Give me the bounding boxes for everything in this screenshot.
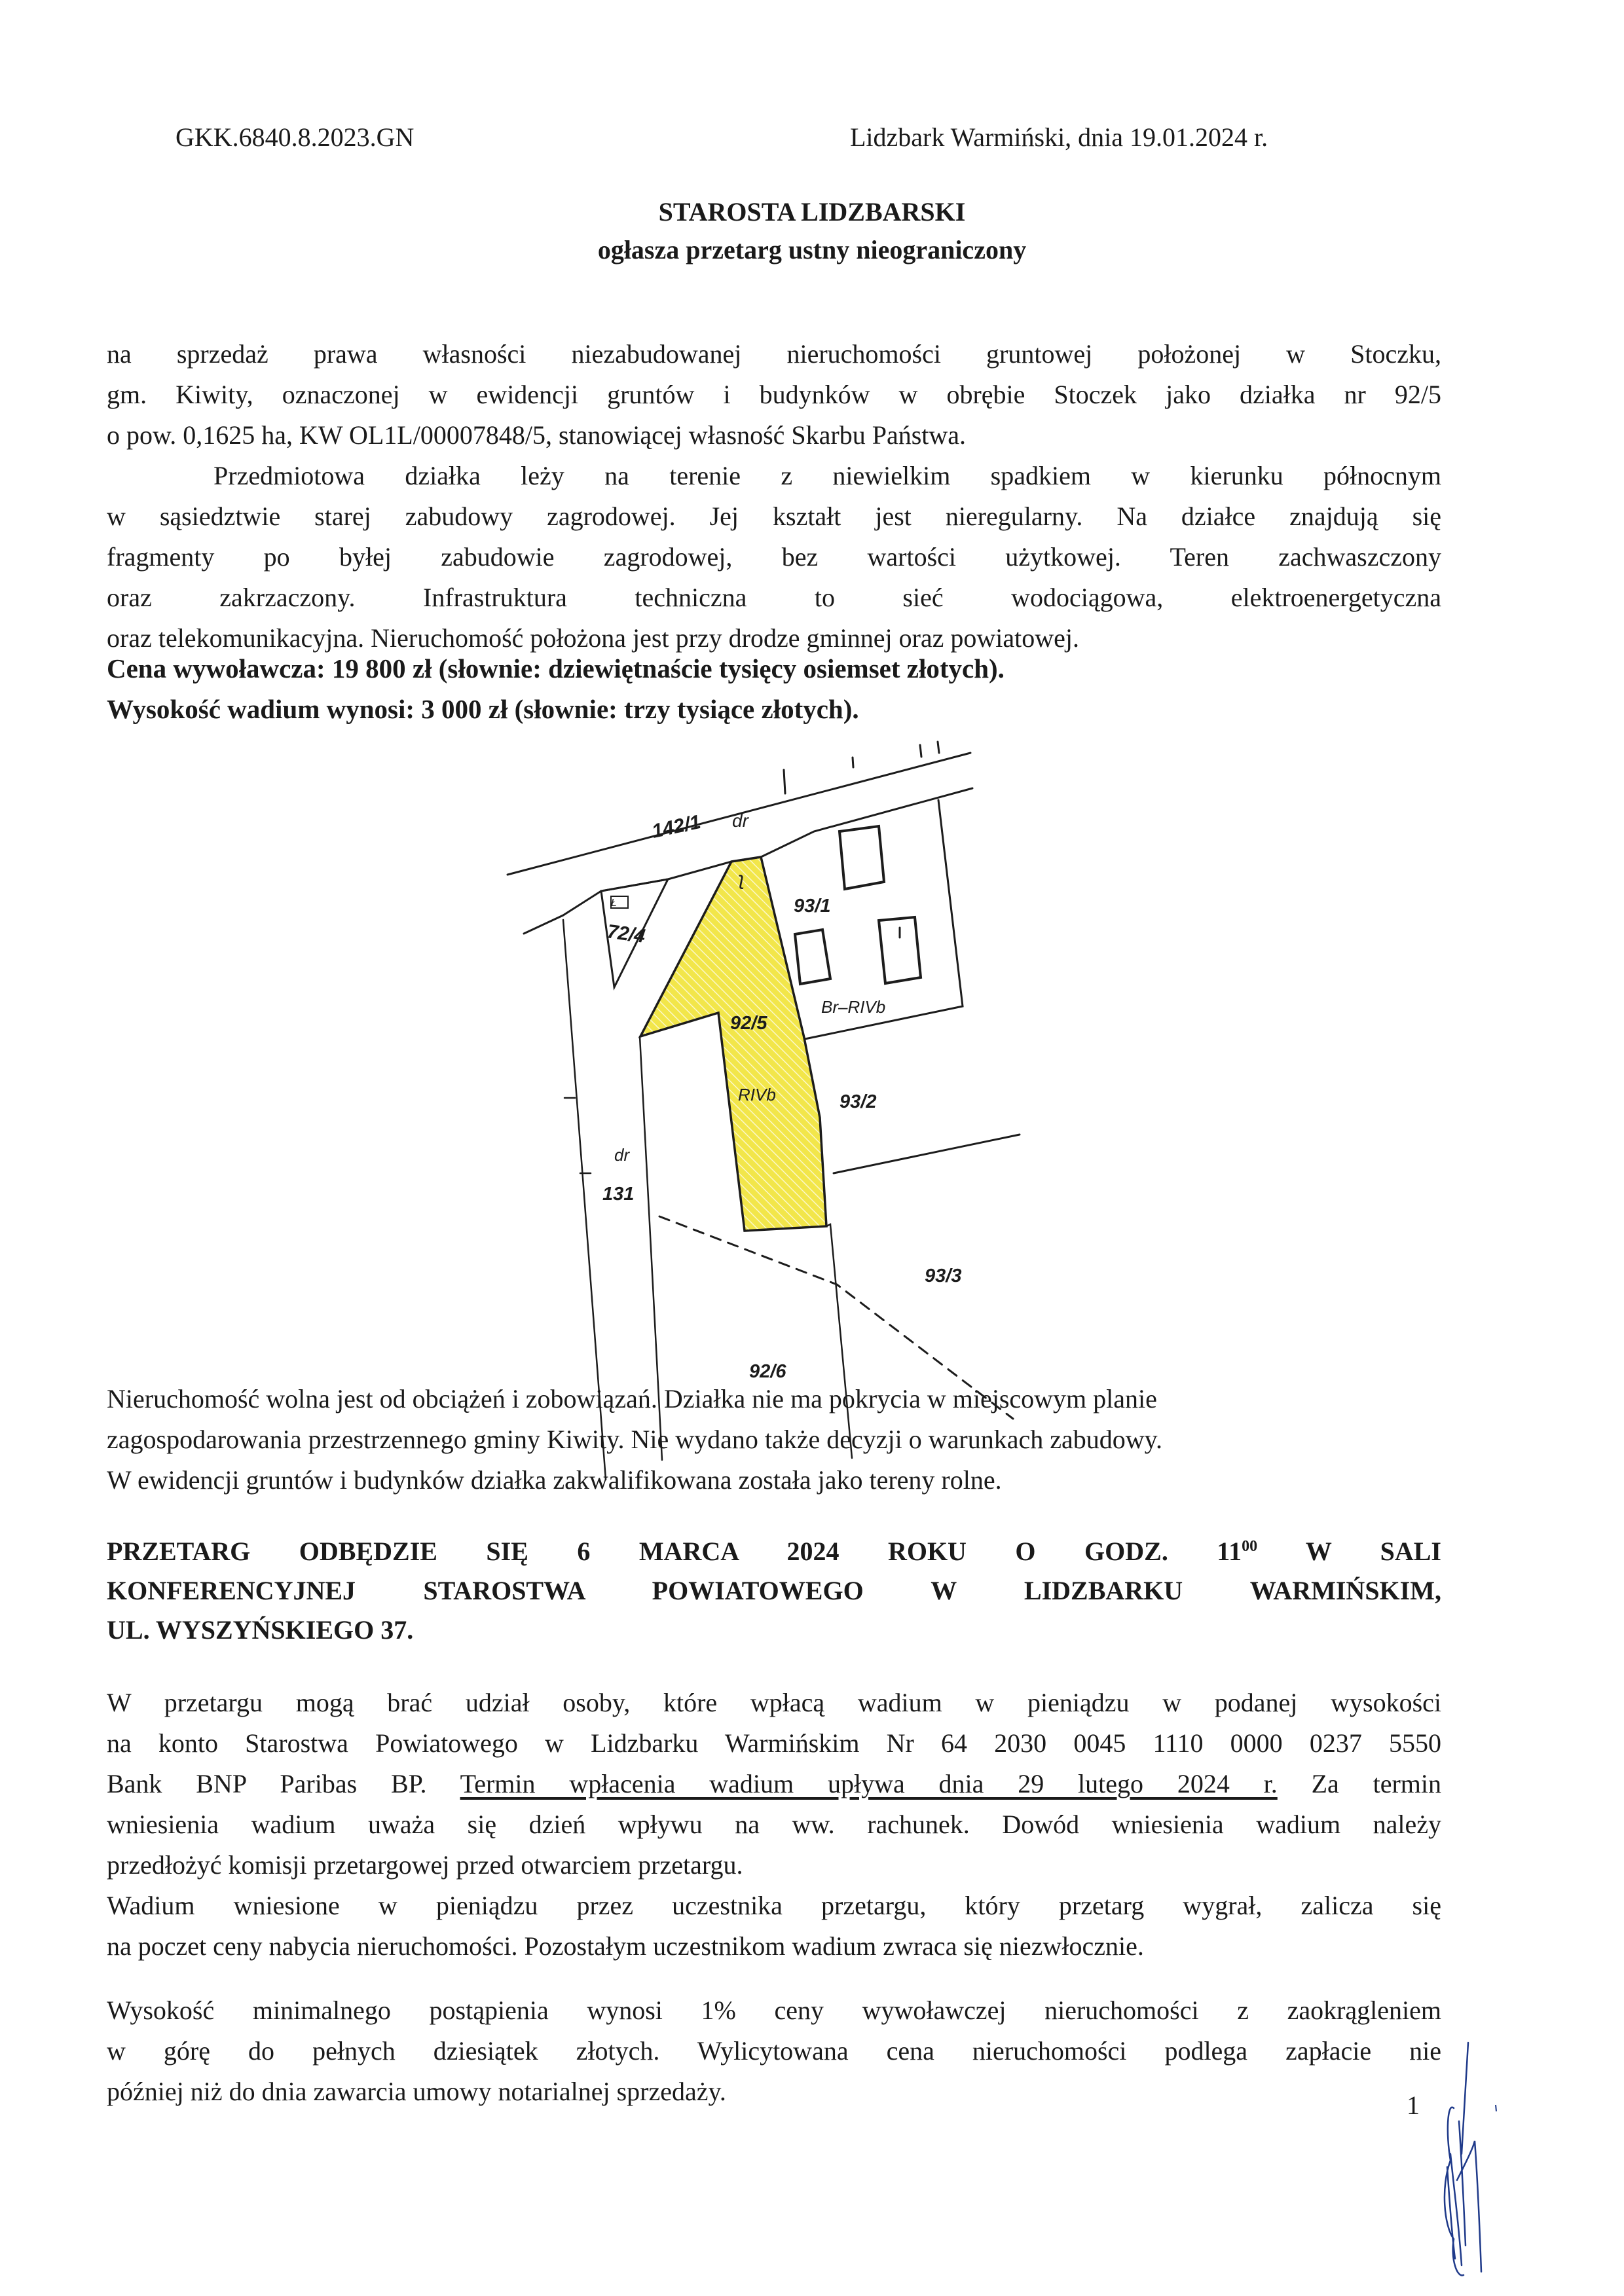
document-title: STAROSTA LIDZBARSKI: [0, 196, 1624, 227]
auction-date-paragraph: PRZETARG ODBĘDZIE SIĘ 6 MARCA 2024 ROKU …: [107, 1532, 1441, 1650]
text-line: Wadium wniesione w pieniądzu przez uczes…: [107, 1886, 1441, 1926]
text-fragment: Za termin: [1278, 1769, 1441, 1798]
label-142-1: 142/1: [650, 811, 703, 843]
label-road-west-use: dr: [614, 1145, 630, 1165]
auction-line-1: PRZETARG ODBĘDZIE SIĘ 6 MARCA 2024 ROKU …: [107, 1532, 1441, 1571]
signature-icon: [1428, 2030, 1506, 2291]
label-93-2: 93/2: [840, 1091, 876, 1112]
text-line: Nieruchomość wolna jest od obciążeń i zo…: [107, 1379, 1441, 1419]
bank-name: Bank BNP Paribas BP.: [107, 1769, 460, 1798]
label-road-use: dr: [732, 811, 750, 831]
text-line: w sąsiedztwie starej zabudowy zagrodowej…: [107, 496, 1441, 537]
bidding-paragraph: Wysokość minimalnego postąpienia wynosi …: [107, 1990, 1441, 2112]
deposit-deadline-line: Bank BNP Paribas BP. Termin wpłacenia wa…: [107, 1764, 1441, 1804]
text-line: Przedmiotowa działka leży na terenie z n…: [107, 456, 1441, 496]
auction-date-text: PRZETARG ODBĘDZIE SIĘ 6 MARCA 2024 ROKU …: [107, 1537, 1242, 1566]
text-line: w górę do pełnych dziesiątek złotych. Wy…: [107, 2031, 1441, 2071]
text-line: później niż do dnia zawarcia umowy notar…: [107, 2071, 1441, 2112]
label-72-4-use: Ł: [611, 898, 617, 909]
text-line: na poczet ceny nabycia nieruchomości. Po…: [107, 1926, 1441, 1967]
place-and-date: Lidzbark Warmiński, dnia 19.01.2024 r.: [850, 122, 1268, 153]
auction-time-minutes: 00: [1242, 1538, 1257, 1555]
deposit-amount: Wysokość wadium wynosi: 3 000 zł (słowni…: [107, 689, 1005, 729]
text-line: na sprzedaż prawa własności niezabudowan…: [107, 334, 1441, 374]
auction-place-text: W SALI: [1257, 1537, 1441, 1566]
intro-paragraph: na sprzedaż prawa własności niezabudowan…: [107, 334, 1441, 456]
tree-symbol: ʅ: [739, 868, 745, 890]
text-line: fragmenty po byłej zabudowie zagrodowej,…: [107, 537, 1441, 577]
bank-account-line: na konto Starostwa Powiatowego w Lidzbar…: [107, 1723, 1441, 1764]
text-line: oraz zakrzaczony. Infrastruktura technic…: [107, 577, 1441, 618]
text-line: zagospodarowania przestrzennego gminy Ki…: [107, 1419, 1441, 1460]
label-92-5: 92/5: [730, 1013, 767, 1034]
document-subtitle: ogłasza przetarg ustny nieograniczony: [0, 234, 1624, 265]
label-131: 131: [602, 1184, 634, 1205]
text-line: W ewidencji gruntów i budynków działka z…: [107, 1460, 1441, 1501]
reference-number: GKK.6840.8.2023.GN: [175, 122, 414, 153]
page-number: 1: [1407, 2090, 1420, 2121]
text-line: W przetargu mogą brać udział osoby, któr…: [107, 1683, 1441, 1723]
signature: [1428, 2030, 1506, 2291]
text-line: o pow. 0,1625 ha, KW OL1L/00007848/5, st…: [107, 415, 1441, 456]
description-paragraph: Przedmiotowa działka leży na terenie z n…: [107, 456, 1441, 659]
price-block: Cena wywoławcza: 19 800 zł (słownie: dzi…: [107, 648, 1005, 729]
deposit-info-paragraph: W przetargu mogą brać udział osoby, któr…: [107, 1683, 1441, 1967]
text-line: wniesienia wadium uważa się dzień wpływu…: [107, 1804, 1441, 1845]
encumbrance-paragraph: Nieruchomość wolna jest od obciążeń i zo…: [107, 1379, 1441, 1501]
text-line: przedłożyć komisji przetargowej przed ot…: [107, 1845, 1441, 1886]
text-line: gm. Kiwity, oznaczonej w ewidencji grunt…: [107, 374, 1441, 415]
label-93-1: 93/1: [794, 896, 830, 917]
text-line: Wysokość minimalnego postąpienia wynosi …: [107, 1990, 1441, 2031]
starting-price: Cena wywoławcza: 19 800 zł (słownie: dzi…: [107, 648, 1005, 689]
label-93-3: 93/3: [925, 1266, 961, 1286]
label-72-4: 72/4: [606, 920, 647, 947]
label-92-5-use: RIVb: [738, 1085, 776, 1104]
auction-line-3: UL. WYSZYŃSKIEGO 37.: [107, 1611, 1441, 1650]
deposit-deadline: Termin wpłacenia wadium upływa dnia 29 l…: [460, 1769, 1278, 1798]
auction-line-2: KONFERENCYJNEJ STAROSTWA POWIATOWEGO W L…: [107, 1571, 1441, 1611]
label-93-1-use: Br–RIVb: [821, 997, 885, 1017]
